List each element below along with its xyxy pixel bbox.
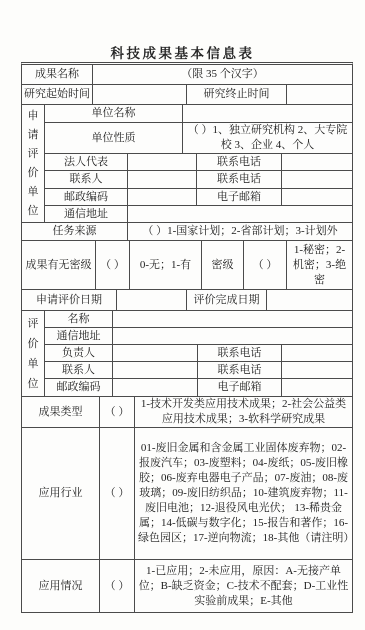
table-row: 邮政编码 电子邮箱 xyxy=(45,379,352,397)
research-end-value xyxy=(287,85,352,105)
postcode-label: 邮政编码 xyxy=(45,189,128,206)
scanned-form-page: 科技成果基本信息表 成果名称 （限 35 个汉字） 研究起始时间 研究终止时间 … xyxy=(0,0,365,630)
eval-contact-phone-label: 联系电话 xyxy=(198,362,282,379)
table-row: 应用情况 （ ） 1-已应用；2-未应用，原因：A-无接产单位；B-缺乏资金；C… xyxy=(22,560,352,612)
unit-nature-options: （ ）1、独立研究机构 2、大专院校 3、企业 4、个人 xyxy=(183,123,352,154)
table-row: 成果类型 （ ） 1-技术开发类应用技术成果；2-社会公益类应用技术成果；3-软… xyxy=(22,397,352,428)
eval-postcode-label: 邮政编码 xyxy=(45,379,113,397)
table-row: 成果有无密级 （ ） 0-无；1-有 密级 （ ） 1-秘密；2-机密；3-绝密 xyxy=(22,241,352,290)
eval-name-value xyxy=(113,311,352,328)
industry-options: 01-废旧金属和含金属工业固体废弃物；02-报废汽车；03-废塑料；04-废纸；… xyxy=(135,428,352,560)
eval-contact-label: 联系人 xyxy=(45,362,113,379)
task-source-options: （ ）1-国家计划；2-省部计划；3-计划外 xyxy=(128,223,352,241)
legal-rep-phone-label: 联系电话 xyxy=(197,154,282,171)
contact-phone-label: 联系电话 xyxy=(197,171,282,189)
table-row: 名称 xyxy=(45,311,352,328)
application-status-options: 1-已应用；2-未应用，原因：A-无接产单位；B-缺乏资金；C-技术不配套；D-… xyxy=(135,560,352,612)
eval-address-value xyxy=(113,328,352,345)
page-title: 科技成果基本信息表 xyxy=(0,42,365,62)
unit-name-label: 单位名称 xyxy=(45,105,183,123)
unit-name-value xyxy=(183,105,352,123)
address-label: 通信地址 xyxy=(45,206,128,223)
address-value xyxy=(128,206,352,223)
task-source-label: 任务来源 xyxy=(22,223,128,241)
evaluation-unit-section: 评价单位 名称 通信地址 负责人 联系电话 联系人 xyxy=(22,311,352,397)
apply-date-value xyxy=(117,290,187,311)
eval-postcode-value xyxy=(113,379,198,397)
secrecy-paren: （ ） xyxy=(96,241,130,290)
contact-value xyxy=(128,171,197,189)
table-row: 联系人 联系电话 xyxy=(45,171,352,189)
email-value xyxy=(282,189,352,206)
legal-rep-label: 法人代表 xyxy=(45,154,128,171)
secrecy-options: 0-无；1-有 xyxy=(130,241,202,290)
table-row: 应用行业 （ ） 01-废旧金属和含金属工业固体废弃物；02-报废汽车；03-废… xyxy=(22,428,352,560)
eval-contact-value xyxy=(113,362,198,379)
industry-label: 应用行业 xyxy=(22,428,100,560)
secrecy-label: 成果有无密级 xyxy=(22,241,96,290)
eval-leader-label: 负责人 xyxy=(45,345,113,362)
email-label: 电子邮箱 xyxy=(197,189,282,206)
eval-contact-phone-value xyxy=(282,362,352,379)
applicant-unit-side-label: 申请评价单位 xyxy=(22,105,45,223)
table-row: 研究起始时间 研究终止时间 xyxy=(22,85,352,105)
eval-email-value xyxy=(282,379,352,397)
postcode-value xyxy=(128,189,197,206)
industry-paren: （ ） xyxy=(100,428,135,560)
table-row: 邮政编码 电子邮箱 xyxy=(45,189,352,206)
research-start-label: 研究起始时间 xyxy=(22,85,93,105)
evaluation-unit-side-label: 评价单位 xyxy=(22,311,45,397)
table-row: 成果名称 （限 35 个汉字） xyxy=(22,65,352,85)
table-row: 单位性质 （ ）1、独立研究机构 2、大专院校 3、企业 4、个人 xyxy=(45,123,352,154)
table-row: 申请评价日期 评价完成日期 xyxy=(22,290,352,311)
form-table: 成果名称 （限 35 个汉字） 研究起始时间 研究终止时间 申请评价单位 单位名… xyxy=(21,62,353,613)
table-row: 联系人 联系电话 xyxy=(45,362,352,379)
eval-email-label: 电子邮箱 xyxy=(198,379,282,397)
eval-name-label: 名称 xyxy=(45,311,113,328)
secrecy-level-label: 密级 xyxy=(202,241,244,290)
eval-address-label: 通信地址 xyxy=(45,328,113,345)
eval-leader-phone-label: 联系电话 xyxy=(198,345,282,362)
table-row: 法人代表 联系电话 xyxy=(45,154,352,171)
eval-leader-value xyxy=(113,345,198,362)
contact-label: 联系人 xyxy=(45,171,128,189)
contact-phone-value xyxy=(282,171,352,189)
legal-rep-phone-value xyxy=(282,154,352,171)
table-row: 负责人 联系电话 xyxy=(45,345,352,362)
legal-rep-value xyxy=(128,154,197,171)
finish-date-label: 评价完成日期 xyxy=(187,290,267,311)
application-status-paren: （ ） xyxy=(100,560,135,612)
result-type-label: 成果类型 xyxy=(22,397,100,428)
unit-nature-label: 单位性质 xyxy=(45,123,183,154)
eval-leader-phone-value xyxy=(282,345,352,362)
table-row: 单位名称 xyxy=(45,105,352,123)
result-type-paren: （ ） xyxy=(100,397,135,428)
applicant-unit-section: 申请评价单位 单位名称 单位性质 （ ）1、独立研究机构 2、大专院校 3、企业… xyxy=(22,105,352,223)
table-row: 通信地址 xyxy=(45,206,352,223)
research-start-value xyxy=(93,85,187,105)
result-type-options: 1-技术开发类应用技术成果；2-社会公益类应用技术成果；3-软科学研究成果 xyxy=(135,397,352,428)
result-name-label: 成果名称 xyxy=(22,65,93,85)
finish-date-value xyxy=(267,290,352,311)
secrecy-level-paren: （ ） xyxy=(244,241,287,290)
table-row: 通信地址 xyxy=(45,328,352,345)
table-row: 任务来源 （ ）1-国家计划；2-省部计划；3-计划外 xyxy=(22,223,352,241)
application-status-label: 应用情况 xyxy=(22,560,100,612)
result-name-value: （限 35 个汉字） xyxy=(93,65,352,85)
secrecy-level-options: 1-秘密；2-机密；3-绝密 xyxy=(287,241,352,290)
apply-date-label: 申请评价日期 xyxy=(22,290,117,311)
research-end-label: 研究终止时间 xyxy=(187,85,287,105)
